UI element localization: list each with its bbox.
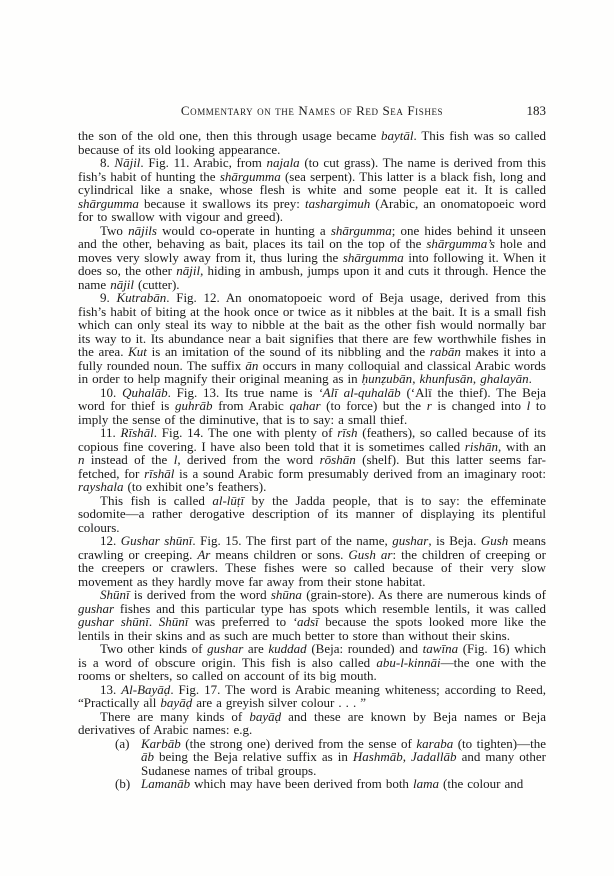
paragraph-text: 9. Kutrabān. Fig. 12. An onomatopoeic wo… [78,290,546,386]
paragraph: 9. Kutrabān. Fig. 12. An onomatopoeic wo… [78,291,546,386]
paragraph: the son of the old one, then this throug… [78,129,546,156]
paragraph: 8. Nājil. Fig. 11. Arabic, from najala (… [78,156,546,224]
paragraph-text: 13. Al-Bayāḍ. Fig. 17. The word is Arabi… [78,682,546,711]
paragraph: Two other kinds of gushar are kuddad (Be… [78,642,546,683]
paragraph: This fish is called al-lūṭī by the Jadda… [78,494,546,535]
body-text: the son of the old one, then this throug… [78,129,546,791]
running-head: Commentary on the Names of Red Sea Fishe… [78,103,546,119]
paragraph-text: Two other kinds of gushar are kuddad (Be… [78,641,546,683]
paragraph-text: Karbāb (the strong one) derived from the… [141,736,546,778]
list-item: (a)Karbāb (the strong one) derived from … [78,737,546,778]
paragraph-text: the son of the old one, then this throug… [78,128,546,157]
paragraph-text: 12. Gushar shūnī. Fig. 15. The first par… [78,533,546,589]
book-page: Commentary on the Names of Red Sea Fishe… [0,0,614,876]
running-head-title: Commentary on the Names of Red Sea Fishe… [181,103,443,118]
paragraph: 11. Rīshāl. Fig. 14. The one with plenty… [78,426,546,494]
paragraph: Two nājils would co-operate in hunting a… [78,224,546,292]
list-marker: (a) [115,737,129,751]
list-item: (b)Lamanāb which may have been derived f… [78,777,546,791]
paragraph: 13. Al-Bayāḍ. Fig. 17. The word is Arabi… [78,683,546,710]
paragraph: 12. Gushar shūnī. Fig. 15. The first par… [78,534,546,588]
list-marker: (b) [115,777,130,791]
paragraph-text: Two nājils would co-operate in hunting a… [78,223,546,292]
page-number: 183 [527,103,547,119]
paragraph-text: Lamanāb which may have been derived from… [141,776,523,791]
paragraph: Shūnī is derived from the word shūna (gr… [78,588,546,642]
paragraph-text: This fish is called al-lūṭī by the Jadda… [78,493,546,535]
paragraph: There are many kinds of bayāḍ and these … [78,710,546,737]
paragraph-text: 11. Rīshāl. Fig. 14. The one with plenty… [78,425,546,494]
paragraph-text: 10. Quhalāb. Fig. 13. Its true name is ‘… [78,385,546,427]
paragraph-text: Shūnī is derived from the word shūna (gr… [78,587,546,643]
paragraph-text: There are many kinds of bayāḍ and these … [78,709,546,738]
paragraph-text: 8. Nājil. Fig. 11. Arabic, from najala (… [78,155,546,224]
paragraph: 10. Quhalāb. Fig. 13. Its true name is ‘… [78,386,546,427]
page-content: Commentary on the Names of Red Sea Fishe… [78,103,546,791]
